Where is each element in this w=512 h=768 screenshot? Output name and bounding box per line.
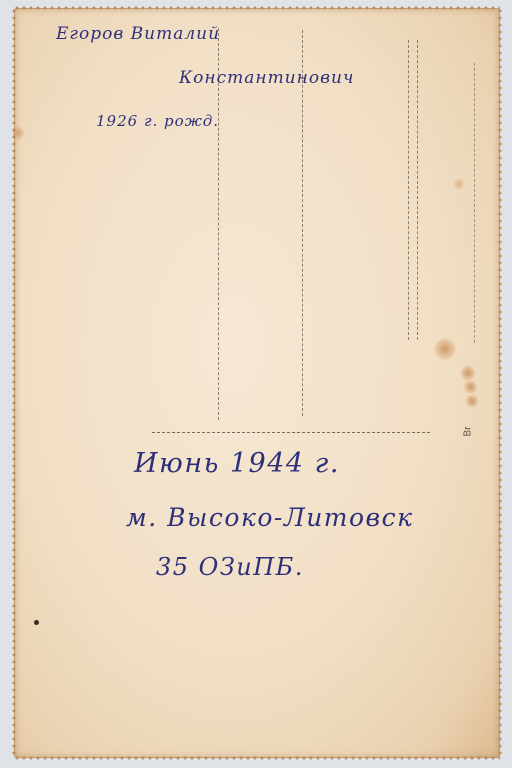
foxing-stain xyxy=(434,338,456,360)
stamp-box-line xyxy=(408,40,409,340)
handwritten-place: м. Высоко-Литовск xyxy=(126,503,414,532)
printed-baseline xyxy=(152,432,430,433)
foxing-stain xyxy=(466,394,478,408)
pin-hole xyxy=(34,620,39,625)
handwritten-name: Егоров Виталий xyxy=(56,24,220,44)
scalloped-edge-left xyxy=(12,8,16,758)
foxing-stain xyxy=(454,178,464,190)
scalloped-edge-bottom xyxy=(14,756,500,760)
foxing-stain xyxy=(464,380,477,394)
foxing-stain xyxy=(12,126,24,140)
printed-publisher-mark: Br xyxy=(463,427,474,437)
stamp-box-line xyxy=(474,63,475,343)
handwritten-patronymic: Константинович xyxy=(179,68,354,88)
handwritten-birth-year: 1926 г. рожд. xyxy=(96,112,219,130)
photo-card-back: Егоров Виталий Константинович 1926 г. ро… xyxy=(14,8,500,758)
handwritten-unit: 35 ОЗиПБ. xyxy=(156,553,304,581)
scalloped-edge-top xyxy=(14,6,500,10)
stamp-box-line xyxy=(417,40,418,340)
foxing-stain xyxy=(461,365,475,381)
handwritten-date: Июнь 1944 г. xyxy=(134,448,340,479)
scalloped-edge-right xyxy=(498,8,502,758)
